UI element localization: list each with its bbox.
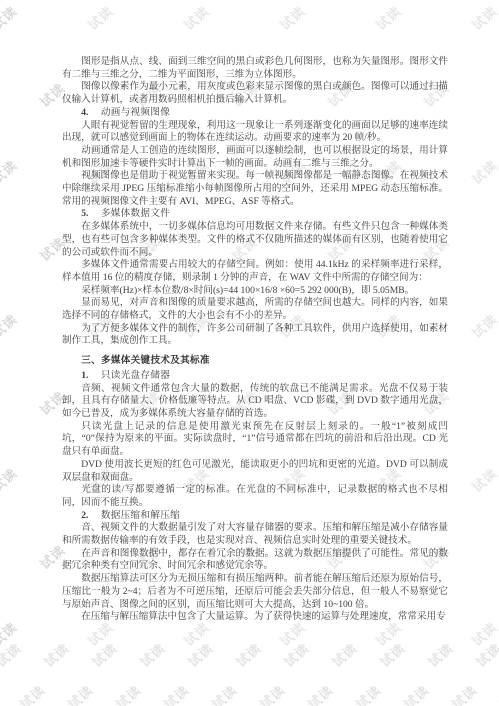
watermark-stamp: 试读 — [207, 680, 241, 706]
paragraph: 多媒体文件通常需要占用较大的存储空间。例如：使用 44.1kHz 的采样频率进行… — [62, 259, 448, 284]
watermark-stamp: 试读 — [63, 680, 97, 706]
item-heading: 1.只读光盘存储器 — [62, 370, 448, 383]
paragraph: 人眼有视觉暂留的生理现象，利用这一现象让一系列逐渐变化的画面以足够的速率连续出现… — [62, 120, 448, 145]
watermark-stamp: 试读 — [179, 1, 213, 34]
item-heading: 4.动画与视频图像 — [62, 107, 448, 120]
paragraph: 显而易见，对声音和图像的质量要求越高，所需的存储空间也越大。同样的内容，如果选择… — [62, 297, 448, 322]
section-heading: 三、多媒体关键技术及其标准 — [62, 355, 448, 368]
paragraph: 只读光盘上记录的信息是使用激光束预先在反射层上刻录的。一般“1”被刻成凹坑，“0… — [62, 421, 448, 459]
watermark-stamp: 试读 — [275, 1, 309, 34]
item-title: 多媒体数据文件 — [101, 208, 170, 219]
watermark-stamp: 试读 — [303, 680, 337, 706]
watermark-stamp: 试读 — [39, 638, 73, 671]
watermark-stamp: 试读 — [83, 1, 117, 34]
watermark-stamp: 试读 — [111, 680, 145, 706]
watermark-stamp: 试读 — [327, 638, 361, 671]
paragraph: 音、视频文件的大数据量引发了对大容量存储器的要求。压缩和解压缩是减小存储容量和所… — [62, 522, 448, 547]
paragraph: DVD 使用波长更短的红色可见激光，能读取更小的凹坑和更密的光道。DVD 可以制… — [62, 459, 448, 484]
watermark-stamp: 试读 — [15, 680, 49, 706]
paragraph: 图形是指从点、线、面到三维空间的黑白或彩色几何图形，也称为矢量图形。图形文件有二… — [62, 56, 448, 81]
item-number: 1. — [81, 370, 88, 381]
watermark-stamp: 试读 — [423, 638, 457, 671]
watermark-stamp: 试读 — [0, 463, 21, 496]
watermark-stamp: 试读 — [183, 638, 217, 671]
watermark-stamp: 试读 — [467, 1, 499, 34]
watermark-stamp: 试读 — [375, 638, 409, 671]
paragraph: 在压缩与解压缩算法中包含了大量运算。为了获得快速的运算与处理速度，常常采用专 — [62, 611, 448, 624]
paragraph: 在多媒体系统中，一切多媒体信息均可用数据文件来存储。有些文件只包含一种媒体类型，… — [62, 221, 448, 259]
watermark-stamp: 试读 — [467, 309, 499, 342]
paragraph: 采样频率(Hz)×样本位数/8×时间(s)=44 100×16/8 ×60=5 … — [62, 285, 448, 298]
item-number: 2. — [81, 510, 88, 521]
watermark-stamp: 试读 — [467, 463, 499, 496]
item-number: 5. — [81, 208, 88, 219]
paragraph: 动画通常是人工创造的连续图形，画面可以逐帧绘制，也可以根据设定的场景，用计算机和… — [62, 145, 448, 170]
watermark-stamp: 试读 — [399, 680, 433, 706]
watermark-stamp: 试读 — [279, 638, 313, 671]
watermark-stamp: 试读 — [231, 638, 265, 671]
paragraph: 音频、视频文件通常包含大量的数据，传统的软盘已不能满足需求。光盘不仅易于装卸，且… — [62, 383, 448, 421]
item-number: 4. — [81, 107, 88, 118]
paragraph: 光盘的读/写都要遵循一定的标准。在光盘的不同标准中，记录数据的格式也不尽相同，因… — [62, 484, 448, 509]
paragraph: 图像以像素作为最小元素，用灰度或色彩来显示图像的黑白或颜色。图像可以通过扫描仪输… — [62, 81, 448, 106]
item-title: 动画与视频图像 — [101, 107, 170, 118]
paragraph: 为了方便多媒体文件的制作，许多公司研制了各种工具软件，供用户选择使用，如素材制作… — [62, 323, 448, 348]
watermark-stamp: 试读 — [447, 680, 481, 706]
item-heading: 2.数据压缩和解压缩 — [62, 510, 448, 523]
watermark-stamp: 试读 — [495, 680, 499, 706]
watermark-stamp: 试读 — [0, 309, 21, 342]
item-title: 数据压缩和解压缩 — [101, 510, 180, 521]
watermark-stamp: 试读 — [351, 680, 385, 706]
watermark-stamp: 试读 — [467, 155, 499, 188]
watermark-stamp: 试读 — [0, 155, 21, 188]
watermark-stamp: 试读 — [0, 638, 25, 671]
watermark-stamp: 试读 — [159, 680, 193, 706]
watermark-stamp: 试读 — [371, 1, 405, 34]
document-page: 试读试读试读试读试读试读试读试读试读试读试读试读试读试读试读试读试读试读试读试读… — [0, 0, 499, 706]
item-title: 只读光盘存储器 — [101, 370, 170, 381]
watermark-stamp: 试读 — [0, 1, 21, 34]
paragraph: 视频图像也是借助于视觉暂留来实现。每一帧视频图像都是一幅静态图像。在视频技术中除… — [62, 170, 448, 208]
watermark-stamp: 试读 — [87, 638, 121, 671]
paragraph: 在声音和图像数据中，都存在着冗余的数据。这就为数据压缩提供了可能性。常见的数据冗… — [62, 548, 448, 573]
watermark-stamp: 试读 — [467, 617, 499, 650]
watermark-stamp: 试读 — [135, 638, 169, 671]
paragraph: 数据压缩算法可区分为无损压缩和有损压缩两种。前者能在解压缩后还原为原始信号，压缩… — [62, 573, 448, 611]
watermark-stamp: 试读 — [0, 617, 21, 650]
watermark-stamp: 试读 — [471, 638, 499, 671]
text-block: 图形是指从点、线、面到三维空间的黑白或彩色几何图形，也称为矢量图形。图形文件有二… — [62, 56, 448, 624]
item-heading: 5.多媒体数据文件 — [62, 208, 448, 221]
watermark-stamp: 试读 — [255, 680, 289, 706]
